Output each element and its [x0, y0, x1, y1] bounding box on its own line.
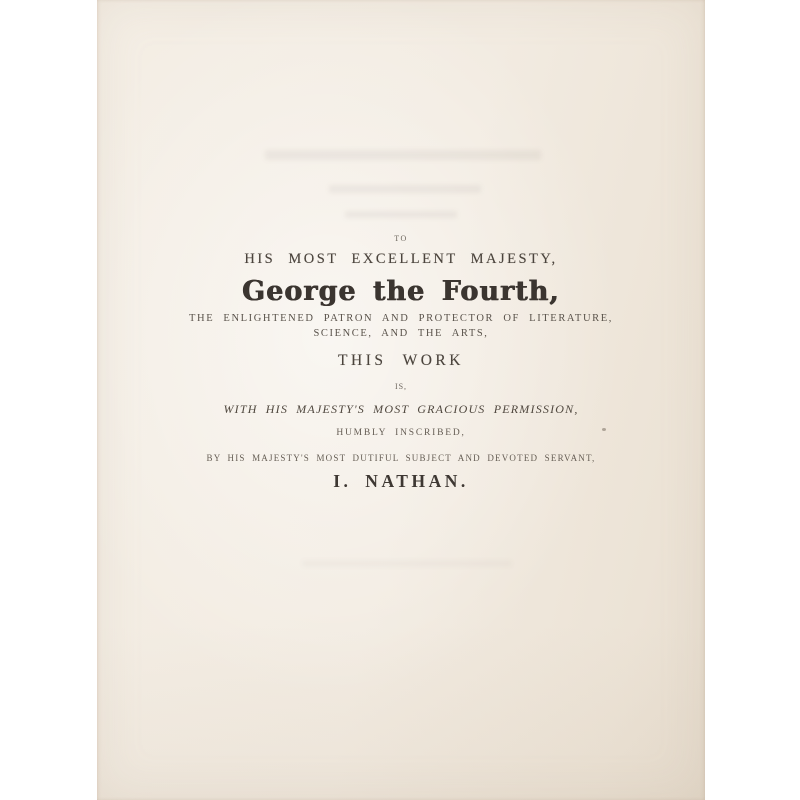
- dedication-inscribed: HUMBLY INSCRIBED,: [97, 428, 705, 438]
- page-showthrough: [329, 185, 481, 193]
- dedication-is-line: IS,: [97, 382, 705, 391]
- dedication-permission: WITH HIS MAJESTY'S MOST GRACIOUS PERMISS…: [97, 402, 705, 417]
- dedication-work-line: THIS WORK: [97, 352, 705, 370]
- dedication-addressee-name: George the Fourth,: [97, 276, 705, 307]
- book-page: TO HIS MOST EXCELLENT MAJESTY, George th…: [97, 0, 705, 800]
- dedication-addressee: HIS MOST EXCELLENT MAJESTY,: [97, 251, 705, 268]
- page-showthrough: [302, 560, 512, 567]
- dedication-epithet-line2: SCIENCE, AND THE ARTS,: [97, 328, 705, 339]
- page-showthrough: [345, 211, 457, 218]
- dedication-author: I. NATHAN.: [97, 471, 705, 492]
- book-photo: TO HIS MOST EXCELLENT MAJESTY, George th…: [0, 0, 800, 800]
- page-showthrough: [265, 150, 541, 160]
- dedication-servant: BY HIS MAJESTY'S MOST DUTIFUL SUBJECT AN…: [97, 453, 705, 463]
- dedication-salutation: TO: [97, 234, 705, 243]
- dedication-epithet-line1: THE ENLIGHTENED PATRON AND PROTECTOR OF …: [97, 313, 705, 324]
